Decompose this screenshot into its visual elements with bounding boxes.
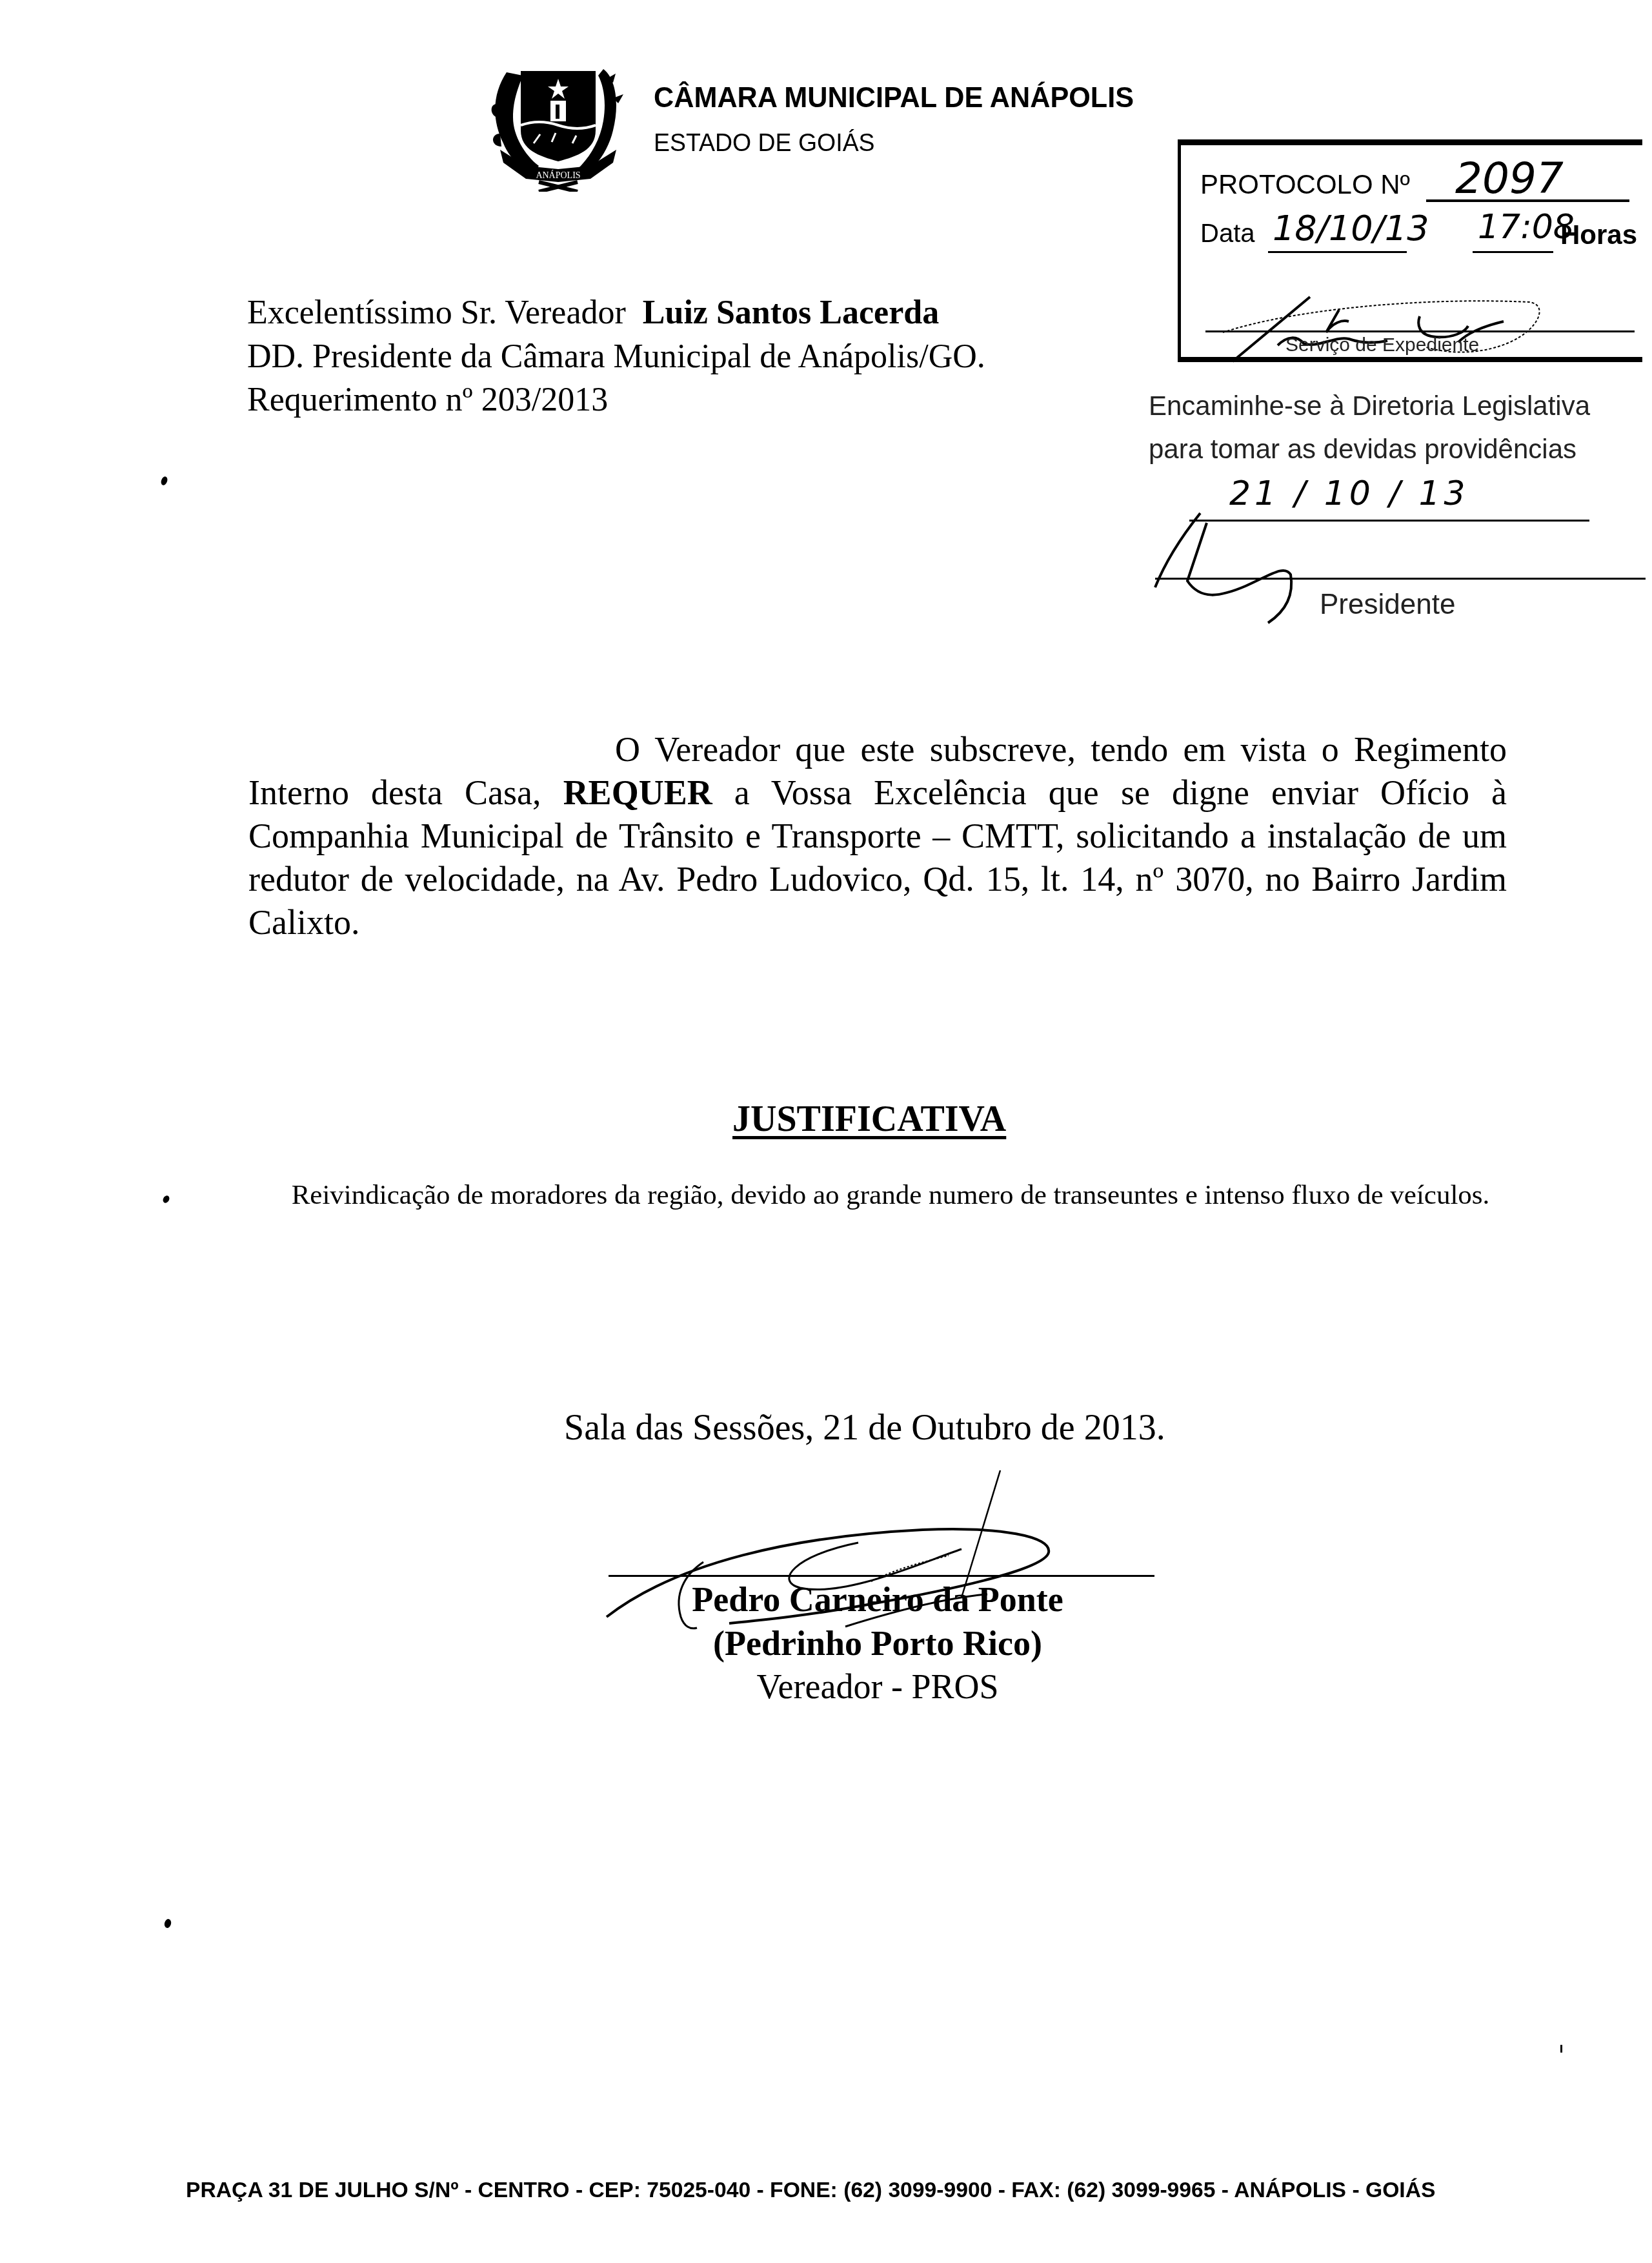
dispatch-instruction-line1: Encaminhe-se à Diretoria Legislativa [1149,391,1590,421]
dispatch-signature-line [1155,578,1646,580]
signer-role: Vereador - PROS [678,1667,1078,1707]
body-emphasis: REQUER [563,773,712,812]
protocol-date-label: Data [1200,219,1255,249]
protocol-hour-line [1473,251,1553,253]
place-and-date: Sala das Sessões, 21 de Outubro de 2013. [564,1407,1165,1448]
request-body: O Vereador que este subscreve, tendo em … [248,728,1507,944]
scan-mark [162,1195,171,1204]
protocol-number: 2097 [1455,154,1564,203]
scan-mark [1560,2045,1562,2053]
footer-address: PRAÇA 31 DE JULHO S/Nº - CENTRO - CEP: 7… [186,2178,1435,2203]
protocol-date-line [1268,251,1407,253]
addressee-prefix: Excelentíssimo Sr. Vereador [247,294,626,331]
scan-mark [163,1918,172,1929]
scan-mark [160,476,168,486]
justification-text: Reivindicação de moradores da região, de… [258,1176,1523,1215]
dispatch-date: 21 / 10 / 13 [1229,474,1469,513]
service-label: Serviço de Expediente [1285,334,1479,356]
protocol-number-line [1426,199,1629,202]
handwritten-signature-icon [1149,510,1342,626]
protocol-date-value: 18/10/13 [1273,208,1429,249]
protocol-signature-line [1205,330,1635,332]
protocol-label: PROTOCOLO Nº [1200,169,1410,200]
dispatch-signer-label: Presidente [1320,589,1455,621]
addressee-name: Luiz Santos Lacerda [643,294,939,331]
request-number: Requerimento nº 203/2013 [247,381,608,419]
coat-of-arms-icon: ANÁPOLIS [487,53,629,192]
protocol-hour-label: Horas [1560,219,1637,250]
dispatch-instruction-line2: para tomar as devidas providências [1149,434,1576,465]
institution-subtitle: ESTADO DE GOIÁS [654,129,875,157]
institution-title: CÂMARA MUNICIPAL DE ANÁPOLIS [654,81,1134,114]
addressee-line1: Excelentíssimo Sr. Vereador Luiz Santos … [247,294,939,332]
signature-line [609,1575,1154,1577]
addressee-line2: DD. Presidente da Câmara Municipal de An… [247,338,985,376]
justification-heading: JUSTIFICATIVA [732,1099,1006,1140]
svg-text:ANÁPOLIS: ANÁPOLIS [536,170,580,181]
signer-nickname: (Pedrinho Porto Rico) [678,1623,1078,1663]
signer-name: Pedro Carneiro da Ponte [678,1579,1078,1619]
